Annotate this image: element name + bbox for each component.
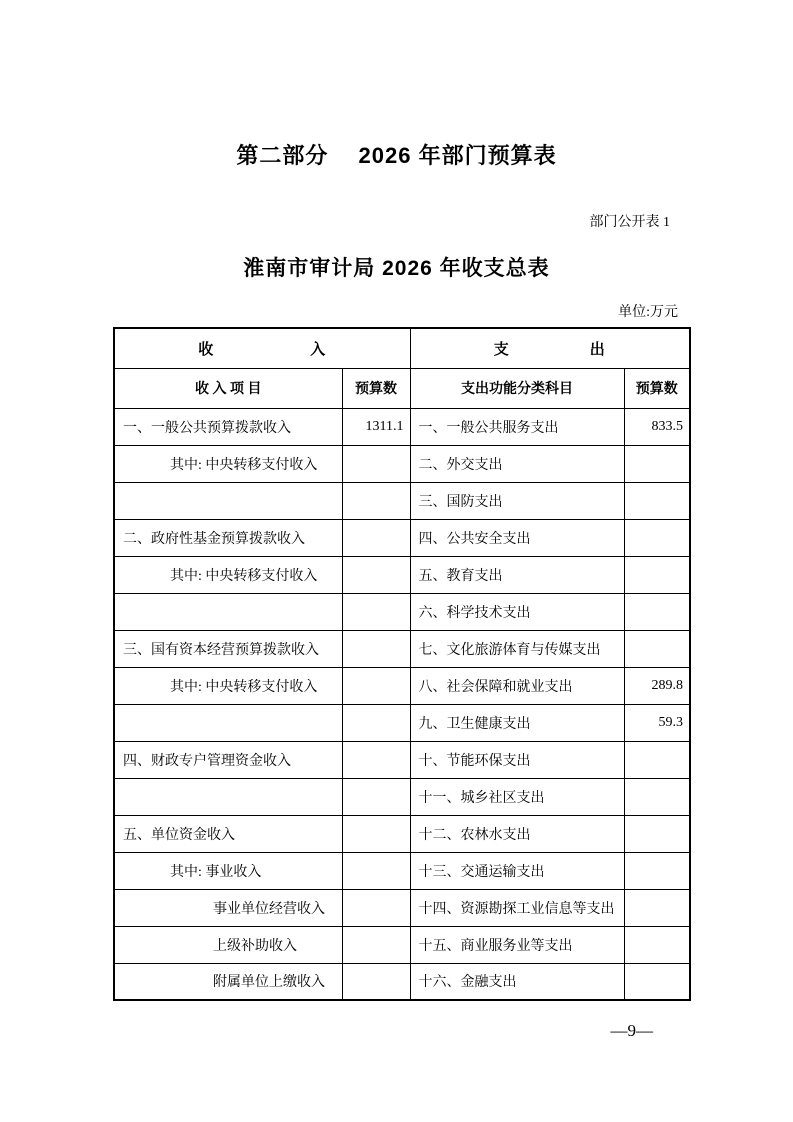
- expense-item-cell: 三、国防支出: [410, 482, 624, 519]
- income-item-cell: 其中: 中央转移支付收入: [114, 667, 342, 704]
- expense-item-cell: 九、卫生健康支出: [410, 704, 624, 741]
- table-row: 二、政府性基金预算拨款收入 四、公共安全支出: [114, 519, 690, 556]
- expense-item-cell: 四、公共安全支出: [410, 519, 624, 556]
- budget-table-head: 收 入 支 出 收 入 项 目 预算数 支出功能分类科目 预算数: [114, 328, 690, 408]
- income-item-cell: 四、财政专户管理资金收入: [114, 741, 342, 778]
- income-item-cell: 二、政府性基金预算拨款收入: [114, 519, 342, 556]
- income-value-cell: [342, 630, 410, 667]
- income-item-cell: [114, 482, 342, 519]
- expense-value-cell: [624, 593, 690, 630]
- income-item-cell: 其中: 事业收入: [114, 852, 342, 889]
- expense-group-header: 支 出: [410, 328, 690, 368]
- income-item-cell: [114, 704, 342, 741]
- expense-item-cell: 一、一般公共服务支出: [410, 408, 624, 445]
- table-title: 淮南市审计局 2026 年收支总表: [0, 255, 793, 283]
- expense-value-cell: [624, 519, 690, 556]
- income-value-cell: [342, 926, 410, 963]
- page-number: —9—: [113, 1022, 689, 1040]
- expense-value-cell: [624, 963, 690, 1000]
- expense-value-cell: [624, 926, 690, 963]
- table-row: 三、国有资本经营预算拨款收入 七、文化旅游体育与传媒支出: [114, 630, 690, 667]
- document-page: 第二部分 2026 年部门预算表 部门公开表 1 淮南市审计局 2026 年收支…: [0, 0, 793, 1122]
- column-header-row: 收 入 项 目 预算数 支出功能分类科目 预算数: [114, 368, 690, 408]
- expense-value-cell: [624, 778, 690, 815]
- table-row: 五、单位资金收入 十二、农林水支出: [114, 815, 690, 852]
- income-item-cell: 上级补助收入: [114, 926, 342, 963]
- table-row: 九、卫生健康支出 59.3: [114, 704, 690, 741]
- expense-item-cell: 十二、农林水支出: [410, 815, 624, 852]
- expense-value-cell: 59.3: [624, 704, 690, 741]
- income-item-header: 收 入 项 目: [114, 368, 342, 408]
- income-value-cell: [342, 556, 410, 593]
- income-value-cell: [342, 963, 410, 1000]
- income-value-cell: [342, 519, 410, 556]
- table-row: 六、科学技术支出: [114, 593, 690, 630]
- expense-value-cell: [624, 556, 690, 593]
- expense-item-header: 支出功能分类科目: [410, 368, 624, 408]
- expense-item-cell: 十六、金融支出: [410, 963, 624, 1000]
- income-item-cell: 事业单位经营收入: [114, 889, 342, 926]
- income-value-cell: 1311.1: [342, 408, 410, 445]
- expense-value-cell: [624, 445, 690, 482]
- expense-item-cell: 七、文化旅游体育与传媒支出: [410, 630, 624, 667]
- expense-item-cell: 十三、交通运输支出: [410, 852, 624, 889]
- expense-value-cell: [624, 741, 690, 778]
- income-value-cell: [342, 482, 410, 519]
- income-value-cell: [342, 704, 410, 741]
- income-item-cell: 一、一般公共预算拨款收入: [114, 408, 342, 445]
- expense-item-cell: 六、科学技术支出: [410, 593, 624, 630]
- expense-item-cell: 二、外交支出: [410, 445, 624, 482]
- expense-item-cell: 十五、商业服务业等支出: [410, 926, 624, 963]
- table-label: 部门公开表 1: [113, 215, 689, 231]
- table-row: 其中: 中央转移支付收入 二、外交支出: [114, 445, 690, 482]
- group-header-row: 收 入 支 出: [114, 328, 690, 368]
- budget-table: 收 入 支 出 收 入 项 目 预算数 支出功能分类科目 预算数 一、一般公共预…: [113, 327, 691, 1001]
- table-row: 附属单位上缴收入 十六、金融支出: [114, 963, 690, 1000]
- income-group-header: 收 入: [114, 328, 410, 368]
- budget-table-body: 一、一般公共预算拨款收入 1311.1 一、一般公共服务支出 833.5 其中:…: [114, 408, 690, 1000]
- income-item-cell: 其中: 中央转移支付收入: [114, 445, 342, 482]
- income-item-cell: 附属单位上缴收入: [114, 963, 342, 1000]
- income-value-cell: [342, 667, 410, 704]
- income-value-cell: [342, 741, 410, 778]
- table-row: 事业单位经营收入 十四、资源勘探工业信息等支出: [114, 889, 690, 926]
- income-value-cell: [342, 593, 410, 630]
- income-value-cell: [342, 852, 410, 889]
- table-row: 其中: 中央转移支付收入 八、社会保障和就业支出 289.8: [114, 667, 690, 704]
- expense-value-cell: 289.8: [624, 667, 690, 704]
- income-item-cell: [114, 778, 342, 815]
- income-value-cell: [342, 778, 410, 815]
- expense-value-cell: [624, 852, 690, 889]
- expense-value-cell: [624, 815, 690, 852]
- table-row: 四、财政专户管理资金收入 十、节能环保支出: [114, 741, 690, 778]
- income-item-cell: 三、国有资本经营预算拨款收入: [114, 630, 342, 667]
- table-row: 其中: 中央转移支付收入 五、教育支出: [114, 556, 690, 593]
- expense-value-cell: [624, 482, 690, 519]
- income-item-cell: [114, 593, 342, 630]
- expense-value-cell: [624, 889, 690, 926]
- income-value-cell: [342, 889, 410, 926]
- income-value-cell: [342, 445, 410, 482]
- table-row: 其中: 事业收入 十三、交通运输支出: [114, 852, 690, 889]
- table-row: 十一、城乡社区支出: [114, 778, 690, 815]
- expense-item-cell: 八、社会保障和就业支出: [410, 667, 624, 704]
- income-item-cell: 五、单位资金收入: [114, 815, 342, 852]
- income-item-cell: 其中: 中央转移支付收入: [114, 556, 342, 593]
- table-row: 一、一般公共预算拨款收入 1311.1 一、一般公共服务支出 833.5: [114, 408, 690, 445]
- expense-item-cell: 五、教育支出: [410, 556, 624, 593]
- income-value-cell: [342, 815, 410, 852]
- expense-value-cell: 833.5: [624, 408, 690, 445]
- unit-note: 单位:万元: [113, 305, 689, 320]
- expense-item-cell: 十一、城乡社区支出: [410, 778, 624, 815]
- expense-value-cell: [624, 630, 690, 667]
- expense-item-cell: 十四、资源勘探工业信息等支出: [410, 889, 624, 926]
- income-budget-header: 预算数: [342, 368, 410, 408]
- table-row: 上级补助收入 十五、商业服务业等支出: [114, 926, 690, 963]
- expense-item-cell: 十、节能环保支出: [410, 741, 624, 778]
- table-row: 三、国防支出: [114, 482, 690, 519]
- expense-budget-header: 预算数: [624, 368, 690, 408]
- section-title: 第二部分 2026 年部门预算表: [0, 0, 793, 171]
